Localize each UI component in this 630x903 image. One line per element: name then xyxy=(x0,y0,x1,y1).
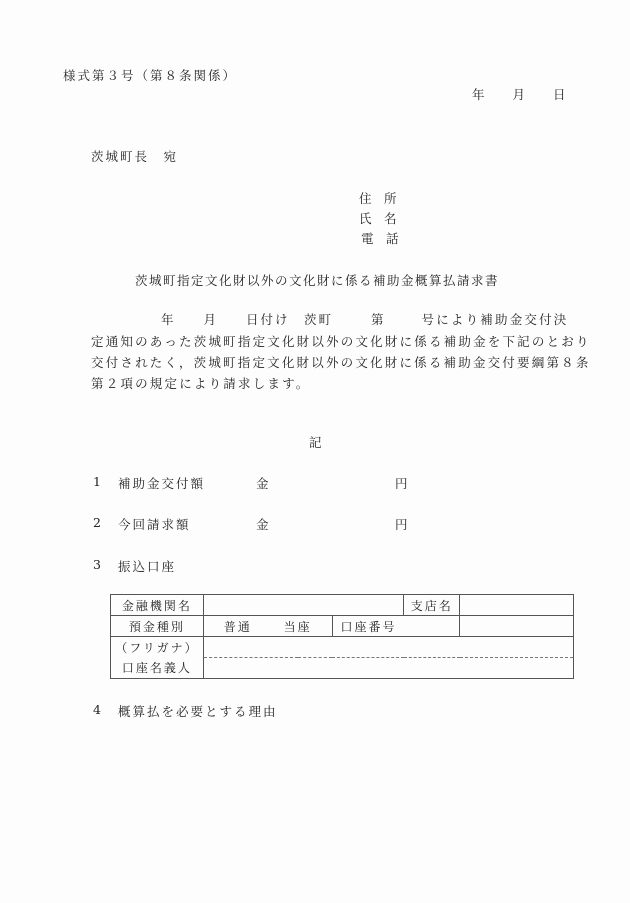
applicant-address-label: 住 所 xyxy=(359,189,397,207)
deposit-option-current[interactable]: 当座 xyxy=(284,620,312,634)
body-line-3: 交付されたく，茨城町指定文化財以外の文化財に係る補助金交付要綱第８条 xyxy=(91,353,591,371)
item-1: 1 補助金交付額 金 円 xyxy=(93,474,101,489)
furigana-row: （フリガナ） xyxy=(111,637,574,658)
document-title: 茨城町指定文化財以外の文化財に係る補助金概算払請求書 xyxy=(135,271,499,289)
deposit-row: 預金種別 普通 当座 口座番号 xyxy=(111,616,574,637)
bank-row: 金融機関名 支店名 xyxy=(111,595,574,616)
applicant-phone-label: 電 話 xyxy=(361,229,399,247)
body-line-4: 第２項の規定により請求します。 xyxy=(91,374,311,392)
branch-label: 支店名 xyxy=(404,595,460,616)
item-4: 4 概算払を必要とする理由 xyxy=(93,702,101,717)
item-3: 3 振込口座 xyxy=(93,557,101,572)
account-number-field[interactable] xyxy=(460,616,574,637)
holder-label: 口座名義人 xyxy=(111,658,204,679)
bank-name-label: 金融機関名 xyxy=(111,595,204,616)
furigana-label: （フリガナ） xyxy=(111,637,204,658)
body-line-2: 定通知のあった茨城町指定文化財以外の文化財に係る補助金を下記のとおり xyxy=(91,332,591,350)
ki-heading: 記 xyxy=(309,433,322,451)
bank-account-table: 金融機関名 支店名 預金種別 普通 当座 口座番号 （フリガナ） 口座名義人 xyxy=(110,594,574,679)
holder-row: 口座名義人 xyxy=(111,658,574,679)
date-month: 月 xyxy=(513,87,526,102)
deposit-option-ordinary[interactable]: 普通 xyxy=(224,620,252,634)
date-day: 日 xyxy=(553,87,566,102)
furigana-field[interactable] xyxy=(203,637,573,658)
form-number: 様式第３号（第８条関係） xyxy=(63,66,237,84)
bank-name-field[interactable] xyxy=(203,595,404,616)
date-year: 年 xyxy=(472,87,485,102)
body-line-1: 年 月 日付け 茨町 第 号により補助金交付決 xyxy=(161,310,569,328)
deposit-type-options[interactable]: 普通 当座 xyxy=(203,616,332,637)
date-line: 年 月 日 xyxy=(472,85,566,103)
account-number-label: 口座番号 xyxy=(332,616,460,637)
branch-field[interactable] xyxy=(460,595,574,616)
applicant-name-label: 氏 名 xyxy=(359,209,397,227)
addressee: 茨城町長 宛 xyxy=(91,147,178,165)
item-2: 2 今回請求額 金 円 xyxy=(93,515,101,530)
holder-field[interactable] xyxy=(203,658,573,679)
deposit-type-label: 預金種別 xyxy=(111,616,204,637)
